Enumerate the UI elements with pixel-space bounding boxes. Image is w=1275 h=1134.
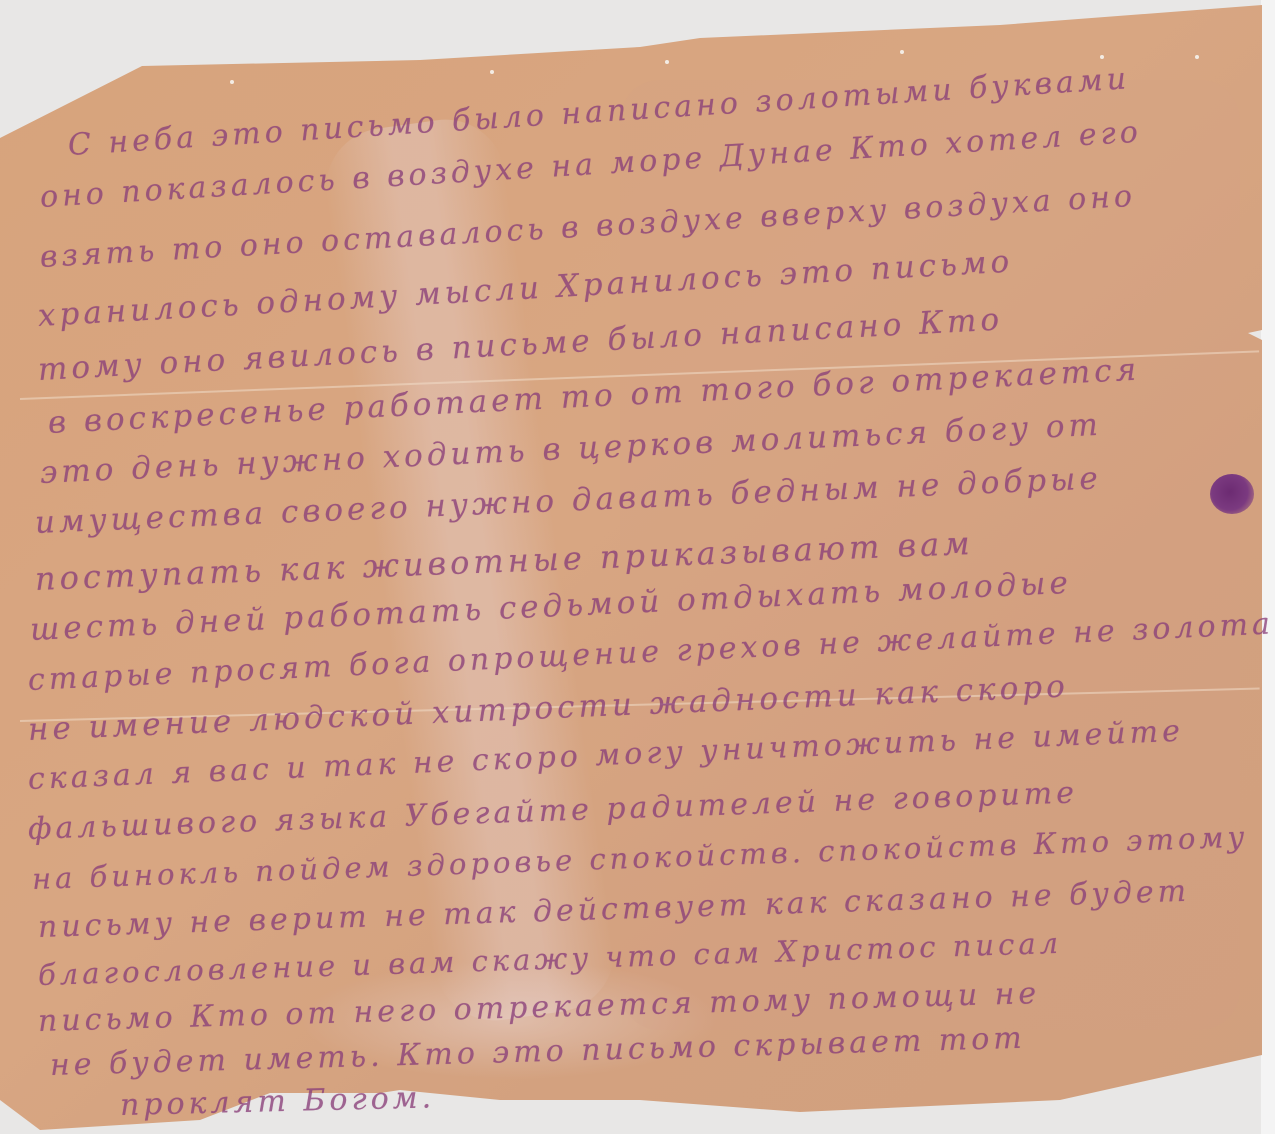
letter-line: проклят Богом. [120, 1080, 436, 1123]
letter-text: С неба это письмо было написано золотыми… [0, 0, 1275, 1134]
scanned-document: С неба это письмо было написано золотыми… [0, 0, 1275, 1134]
